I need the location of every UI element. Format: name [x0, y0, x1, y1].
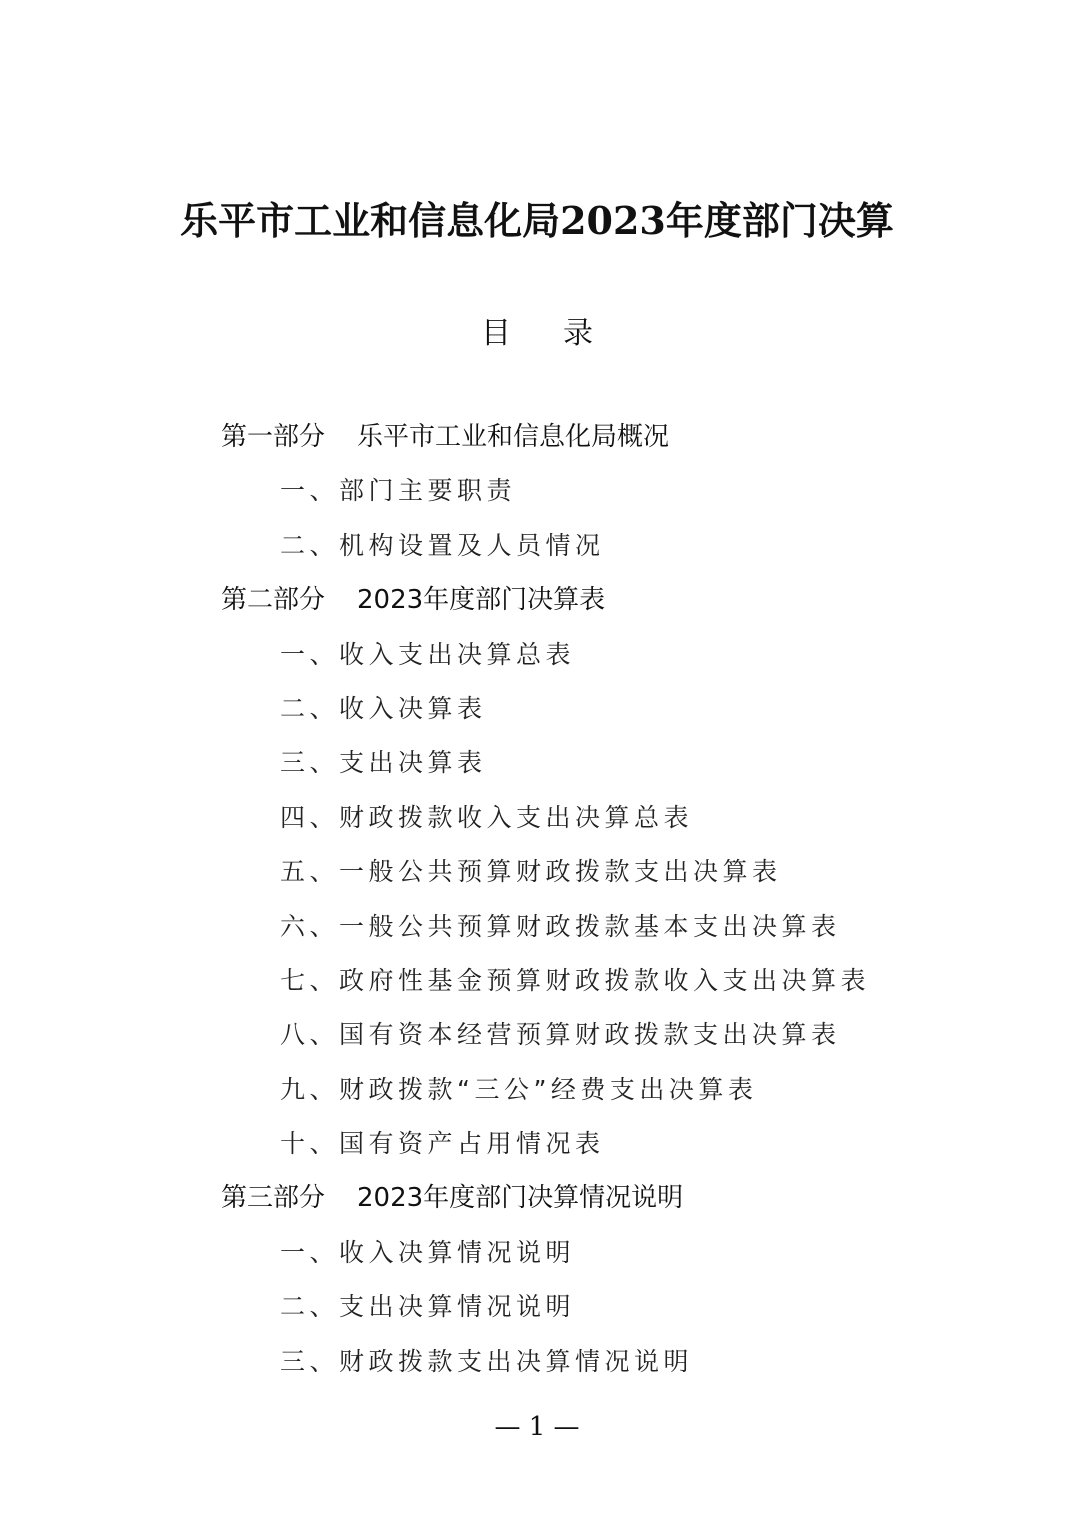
part-title: 乐平市工业和信息化局概况 — [357, 422, 669, 452]
document-title: 乐平市工业和信息化局2023年度部门决算 — [0, 190, 1074, 245]
toc-heading: 目录 — [0, 308, 1074, 352]
toc-item: 一、部门主要职责 — [221, 470, 1021, 524]
toc-item: 七、政府性基金预算财政拨款收入支出决算表 — [221, 960, 1021, 1014]
toc-item: 二、支出决算情况说明 — [221, 1286, 1021, 1340]
toc-part-3: 第三部分2023年度部门决算情况说明 — [221, 1177, 1021, 1231]
toc-item: 一、收入决算情况说明 — [221, 1232, 1021, 1286]
toc-item: 四、财政拨款收入支出决算总表 — [221, 797, 1021, 851]
toc-item: 六、一般公共预算财政拨款基本支出决算表 — [221, 906, 1021, 960]
part-number: 第一部分 — [221, 422, 325, 452]
table-of-contents: 第一部分乐平市工业和信息化局概况 一、部门主要职责 二、机构设置及人员情况 第二… — [221, 416, 1021, 1395]
page-number: — 1 — — [0, 1412, 1074, 1442]
toc-item: 九、财政拨款“三公”经费支出决算表 — [221, 1069, 1021, 1123]
toc-item: 五、一般公共预算财政拨款支出决算表 — [221, 851, 1021, 905]
toc-item: 三、支出决算表 — [221, 742, 1021, 796]
toc-item: 一、收入支出决算总表 — [221, 634, 1021, 688]
toc-heading-char-1: 目 — [481, 308, 511, 352]
toc-item: 三、财政拨款支出决算情况说明 — [221, 1341, 1021, 1395]
toc-part-1: 第一部分乐平市工业和信息化局概况 — [221, 416, 1021, 470]
toc-item: 八、国有资本经营预算财政拨款支出决算表 — [221, 1014, 1021, 1068]
toc-item: 二、收入决算表 — [221, 688, 1021, 742]
toc-heading-char-2: 录 — [563, 308, 593, 352]
toc-part-2: 第二部分2023年度部门决算表 — [221, 579, 1021, 633]
toc-item: 二、机构设置及人员情况 — [221, 525, 1021, 579]
part-title: 2023年度部门决算表 — [357, 585, 605, 615]
toc-item: 十、国有资产占用情况表 — [221, 1123, 1021, 1177]
part-number: 第二部分 — [221, 585, 325, 615]
part-title: 2023年度部门决算情况说明 — [357, 1183, 683, 1213]
part-number: 第三部分 — [221, 1183, 325, 1213]
